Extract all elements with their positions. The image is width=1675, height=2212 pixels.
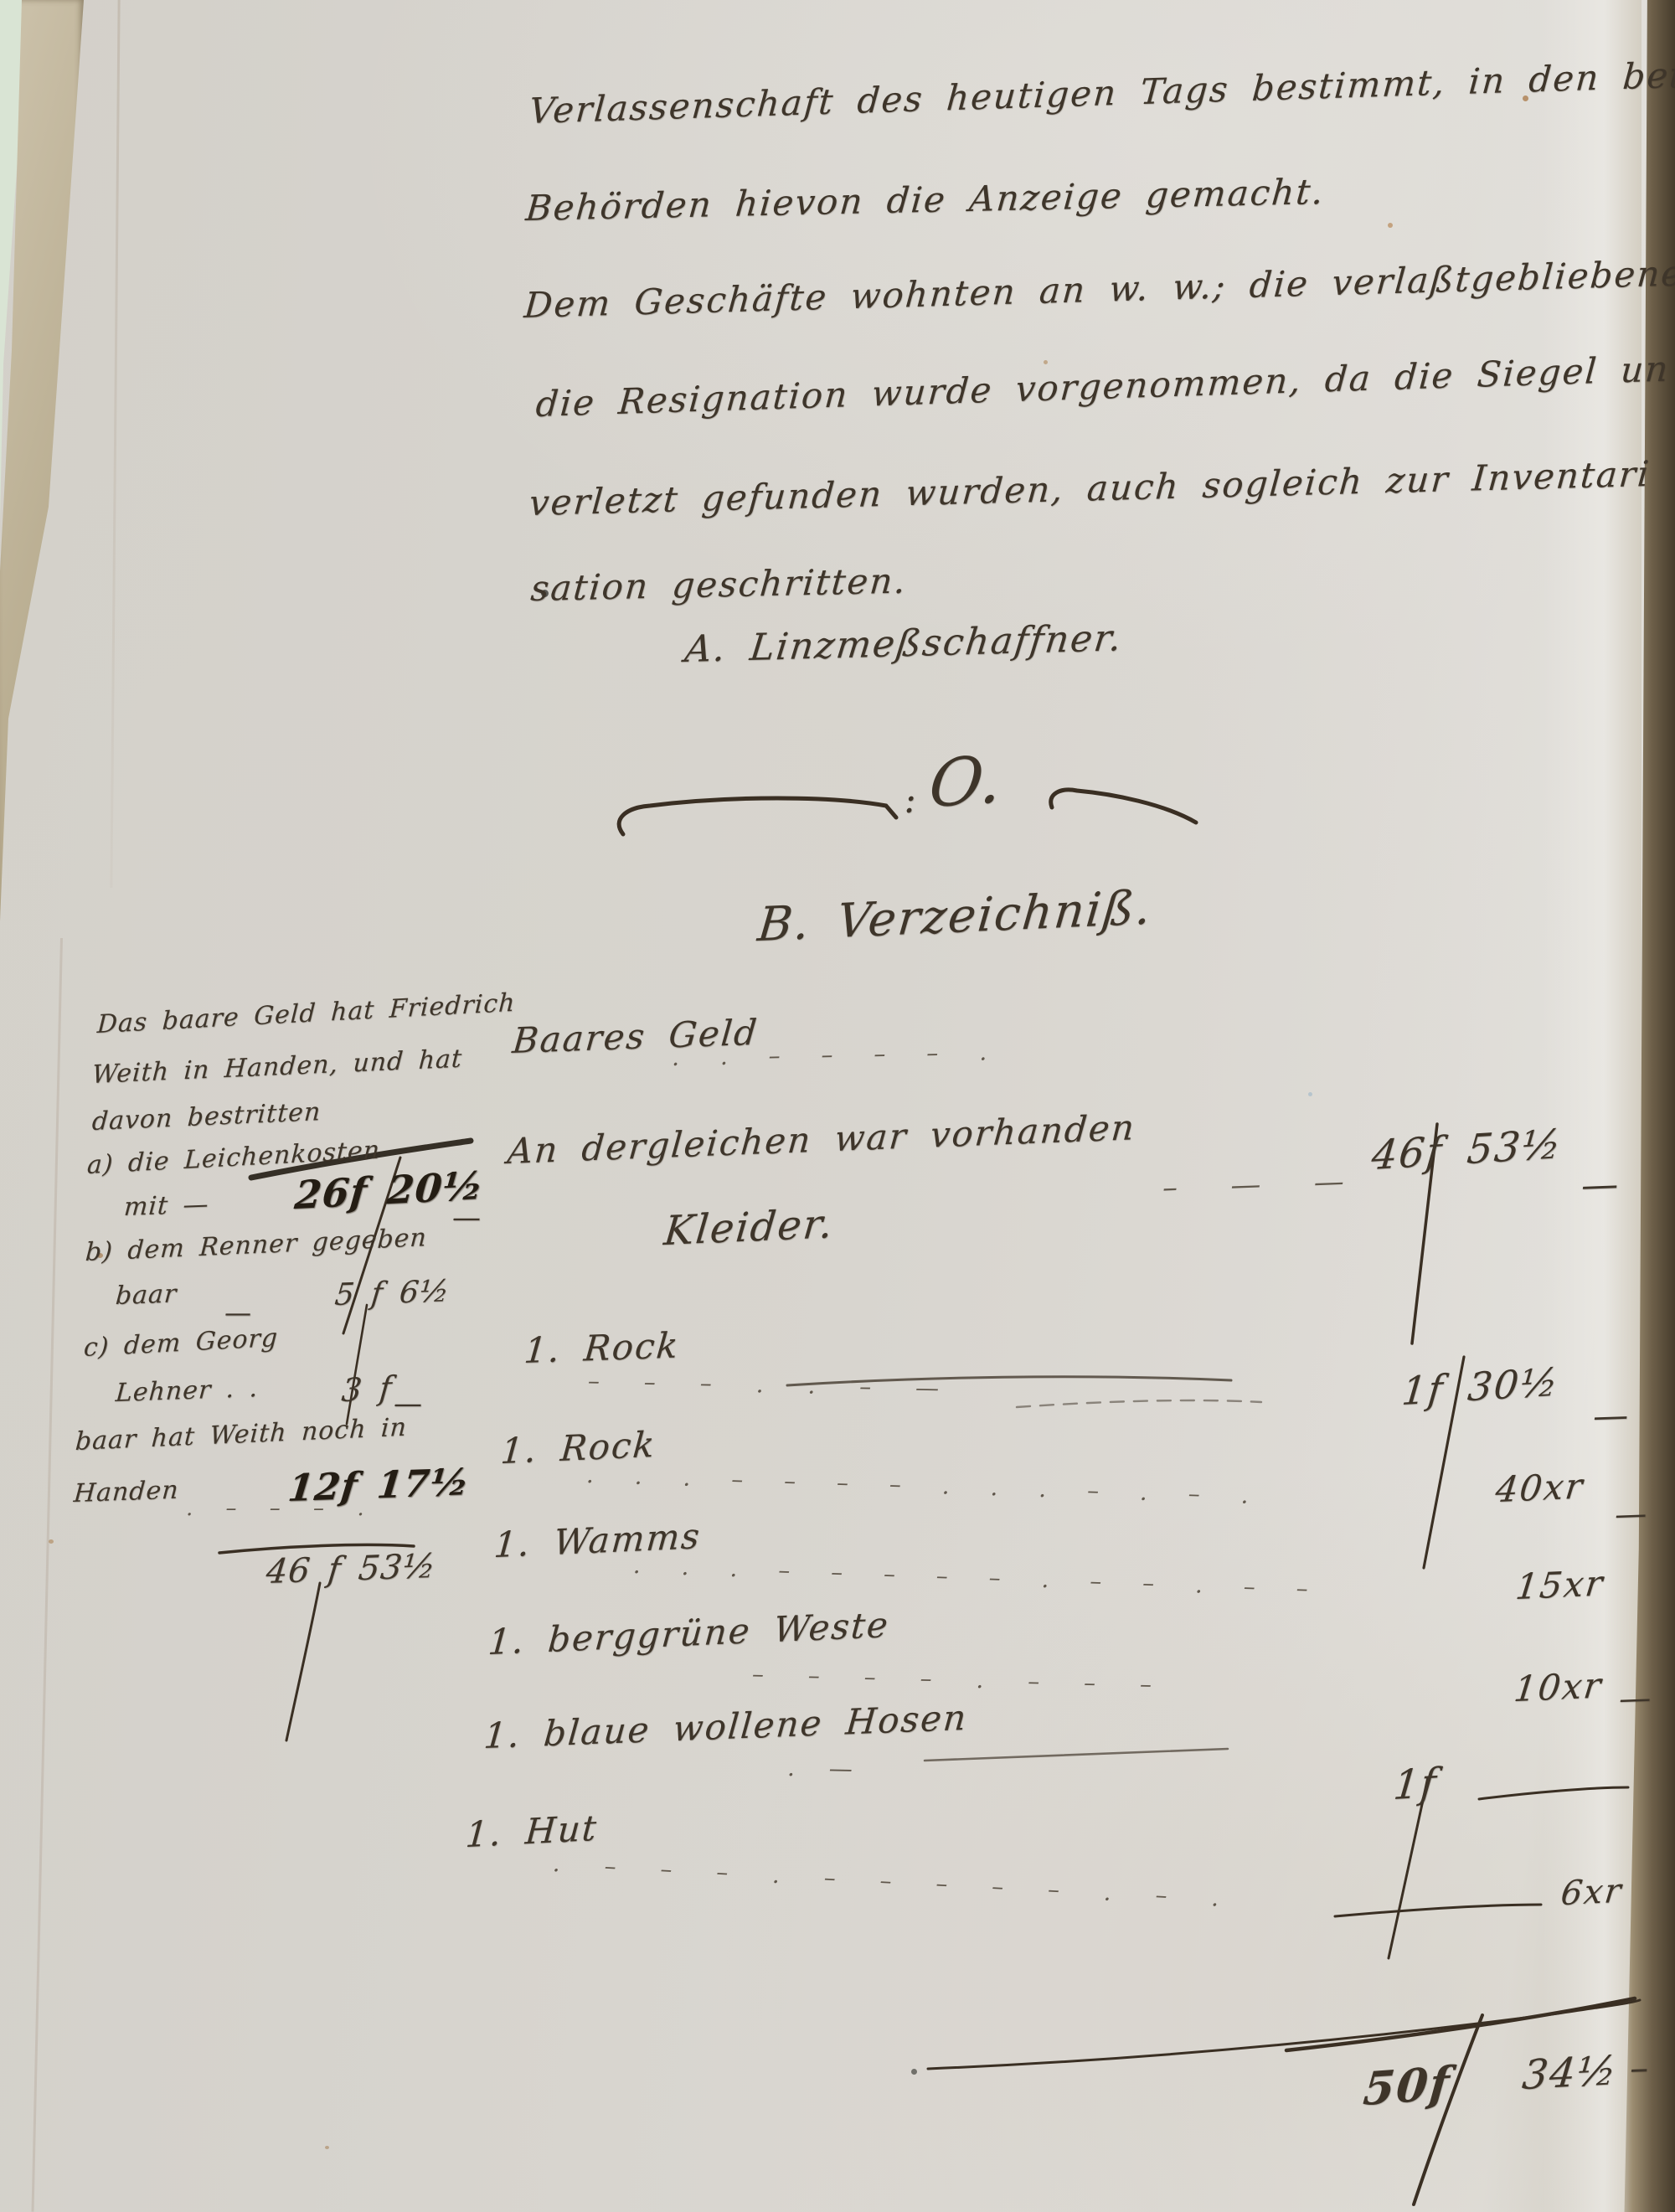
margin-total: 46 f 53½	[265, 1547, 439, 1591]
margin-note-line: mit —	[123, 1189, 210, 1222]
margin-note-line: baar	[115, 1279, 178, 1311]
item-amount-trail: —	[1614, 1495, 1649, 1533]
margin-note-line: davon bestritten	[91, 1097, 322, 1137]
margin-amount-d: 12f 17½	[286, 1461, 472, 1510]
margin-dash: —	[224, 1297, 252, 1328]
margin-note-line: baar hat Weith noch in	[75, 1413, 408, 1457]
grand-total-trail: –	[1629, 2046, 1651, 2090]
grand-total-gulden: 50f	[1361, 2055, 1453, 2116]
page-edge-dark-right	[1615, 0, 1675, 2212]
margin-note-line: b) dem Renner gegeben	[85, 1223, 428, 1267]
item-leader: . . . – – – – – . – – . – –	[632, 1551, 1320, 1603]
item-label: 1. blaue wollene Hosen	[482, 1697, 969, 1756]
list-subheading: Kleider.	[662, 1200, 836, 1255]
item-leader: . . . – – – – . . . – . – .	[585, 1461, 1260, 1509]
item-amount: 1f	[1391, 1760, 1440, 1810]
item-label: 1. berggrüne Weste	[487, 1604, 891, 1663]
entry-leader: . . – – – – .	[672, 1038, 999, 1071]
entry-label: An dergleichen war vorhanden	[506, 1106, 1137, 1172]
item-label: 1. Hut	[464, 1807, 599, 1856]
margin-note-line: Weith in Handen, und hat	[91, 1044, 463, 1090]
paper-crease-top	[110, 0, 120, 888]
paragraph-line: sation geschritten.	[529, 560, 909, 609]
item-leader: – – – – . – – –	[752, 1660, 1166, 1699]
paragraph-line: Dem Geschäfte wohnten an w. w.; die verl…	[523, 247, 1675, 326]
item-amount: 10xr	[1512, 1664, 1605, 1709]
margin-note-line: Lehner . .	[115, 1374, 260, 1408]
item-amount: 6xr	[1559, 1872, 1624, 1913]
paragraph-line: die Resignation wurde vorgenommen, da di…	[534, 348, 1671, 425]
divider-ornament: O.	[925, 741, 1008, 822]
margin-amount-b: 5 f 6½	[333, 1274, 451, 1312]
margin-note-line: Das baare Geld hat Friedrich	[96, 988, 516, 1039]
entry-leader: – — —	[1162, 1164, 1361, 1205]
item-amount-trail: —	[1592, 1394, 1631, 1436]
item-leader: . —	[787, 1754, 861, 1783]
table-background-sliver	[0, 0, 28, 519]
margin-note-line: Handen	[73, 1476, 180, 1508]
entry-amount-trail: —	[1580, 1163, 1621, 1207]
margin-amount-a-trail: —	[452, 1201, 482, 1235]
item-label: 1. Rock	[523, 1324, 682, 1371]
margin-amount-c: 3 f	[340, 1369, 394, 1409]
signature: A. Linzmeßschaffner.	[683, 616, 1125, 671]
paragraph-line: Verlassenschaft des heutigen Tags bestim…	[528, 48, 1675, 131]
entry-amount: 46f 53½	[1369, 1121, 1564, 1179]
item-amount: 40xr	[1493, 1465, 1586, 1510]
item-amount: 15xr	[1513, 1562, 1606, 1607]
item-amount: 1f 30½	[1399, 1359, 1561, 1414]
item-leader: – – – . . – —	[588, 1367, 953, 1402]
torn-page-edge-left	[0, 0, 84, 921]
item-amount-trail: —	[1618, 1679, 1653, 1717]
grand-total-kreuzer: 34½	[1520, 2047, 1620, 2099]
paragraph-line: Behörden hievon die Anzeige gemacht.	[524, 171, 1327, 229]
divider-colon: :	[903, 778, 919, 822]
manuscript-page: Verlassenschaft des heutigen Tags bestim…	[0, 0, 1675, 2212]
paper-crease-bottom	[31, 938, 63, 2212]
margin-note-line: c) dem Georg	[83, 1323, 279, 1363]
paragraph-line: verletzt gefunden wurden, auch sogleich …	[528, 453, 1652, 523]
section-heading: B. Verzeichniß.	[755, 880, 1155, 952]
item-leader: . – – – . – – – – – . – .	[552, 1849, 1233, 1912]
